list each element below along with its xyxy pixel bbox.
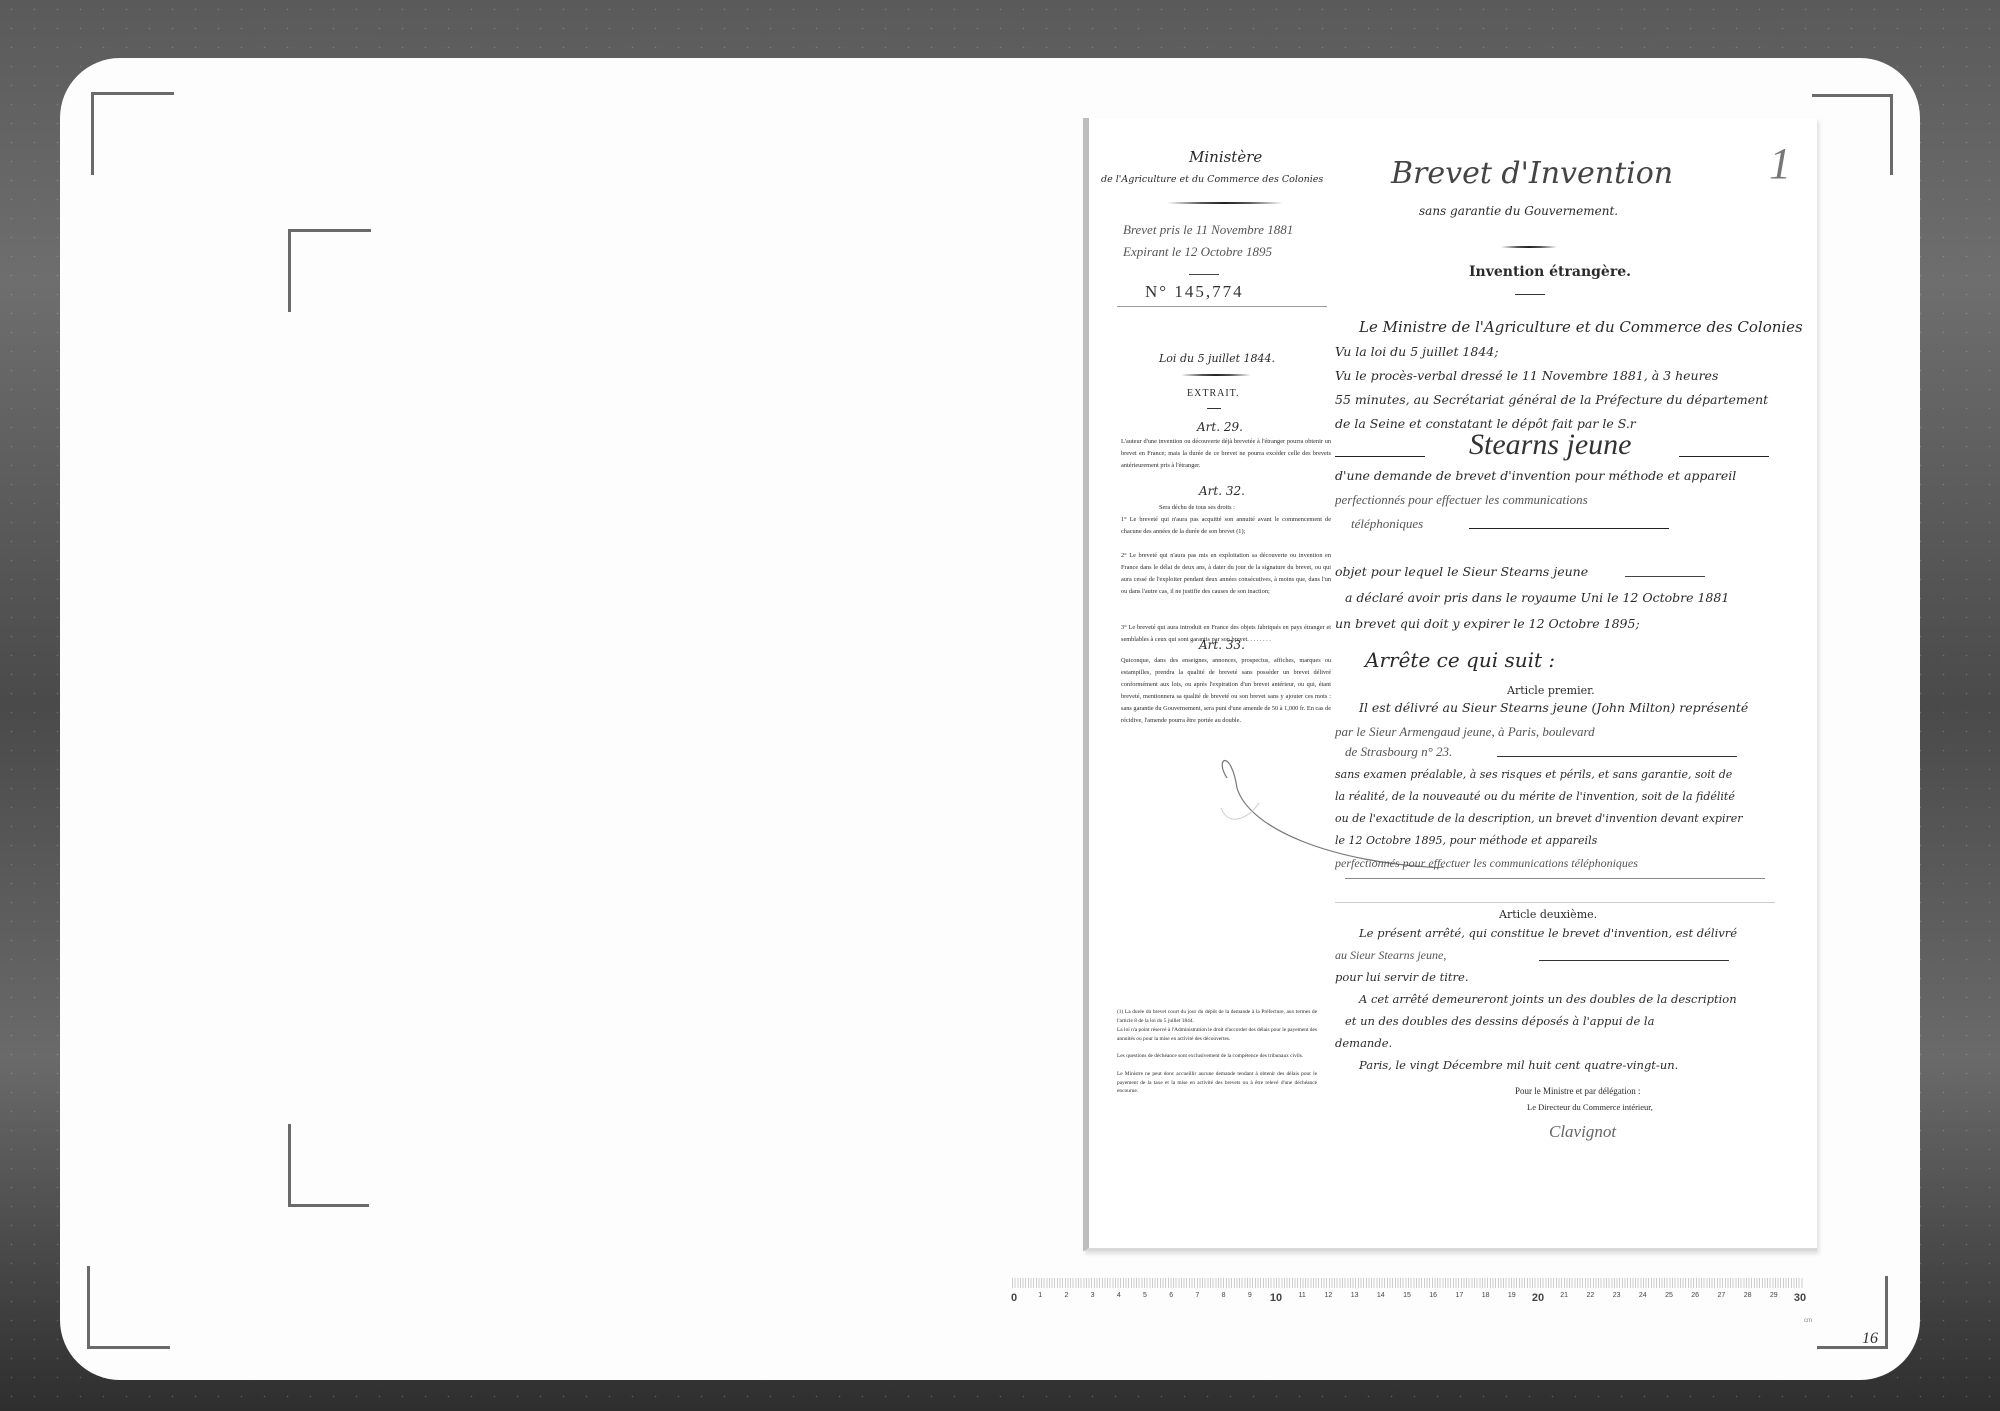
body-line-invention-2: téléphoniques [1351,516,1423,532]
ornament-divider [1167,202,1283,204]
body-line-declare: a déclaré avoir pris dans le royaume Uni… [1345,590,1729,605]
ruler-label: 0 [1011,1292,1017,1304]
crop-mark-outer-top-left [91,92,174,175]
crop-mark-inner-bottom-left [288,1124,369,1207]
body-line-demande: d'une demande de brevet d'invention pour… [1335,468,1736,483]
article-2-line-5: et un des doubles des dessins déposés à … [1345,1014,1654,1028]
ruler-label: 28 [1744,1292,1752,1299]
ruler-label: 17 [1455,1292,1463,1299]
ornament-divider [1501,246,1557,248]
invention-category: Invention étrangère. [1469,264,1631,280]
ruler-label: 29 [1770,1292,1778,1299]
ruler-label: 10 [1270,1292,1282,1304]
frame-number: 16 [1862,1330,1878,1348]
document-title: Brevet d'Invention [1391,156,1673,191]
body-line-loi: Vu la loi du 5 juillet 1844; [1335,344,1498,359]
article-2-title: Article deuxième. [1499,908,1597,921]
ruler-label: 27 [1717,1292,1725,1299]
art33-title: Art. 33. [1199,638,1245,652]
crop-mark-inner-top-left [288,229,371,312]
ruler-label: 14 [1377,1292,1385,1299]
art32-p2: 2° Le breveté qui n'aura pas mis en expl… [1121,550,1331,598]
ruler-label: 21 [1560,1292,1568,1299]
article-1-title: Article premier. [1507,684,1595,697]
article-1-line-7: le 12 Octobre 1895, pour méthode et appa… [1335,834,1597,847]
article-1-line-8: perfectionnés pour effectuer les communi… [1335,856,1638,871]
ruler-label: 18 [1482,1292,1490,1299]
section-divider [1335,902,1775,903]
ruler-label: 5 [1143,1292,1147,1299]
article-2-line-3: pour lui servir de titre. [1335,970,1469,984]
article-1-line-1: Il est délivré au Sieur Stearns jeune (J… [1359,700,1748,715]
law-title: Loi du 5 juillet 1844. [1159,352,1275,365]
ruler-label: 24 [1639,1292,1647,1299]
ministry-title: Ministère [1189,148,1262,166]
ruler-label: 15 [1403,1292,1411,1299]
ruler-label: 3 [1091,1292,1095,1299]
form-line [1469,528,1669,529]
art32-title: Art. 32. [1199,484,1245,498]
scale-ruler [1012,1278,1804,1288]
article-2-line-2: au Sieur Stearns jeune, [1335,948,1446,963]
article-2-line-1: Le présent arrêté, qui constitue le brev… [1359,926,1737,940]
art32-p1: 1° Le breveté qui n'aura pas acquitté so… [1121,514,1331,538]
footnote-4: Le Ministre ne peut donc accueillir aucu… [1117,1070,1317,1096]
ministry-subtitle: de l'Agriculture et du Commerce des Colo… [1101,174,1323,185]
ruler-label: 26 [1691,1292,1699,1299]
patent-number: N° 145,774 [1145,282,1244,302]
signature-flourish [1209,748,1449,868]
body-line-proces-verbal: Vu le procès-verbal dressé le 11 Novembr… [1335,368,1718,383]
ruler-label: 20 [1532,1292,1544,1304]
ruler-label: 25 [1665,1292,1673,1299]
article-2-line-4: A cet arrêté demeureront joints un des d… [1359,992,1737,1006]
art33-text: Quiconque, dans des enseignes, annonces,… [1121,655,1331,727]
ruler-unit: cm [1804,1318,1812,1324]
ruler-label: 11 [1299,1292,1306,1299]
ruler-label: 12 [1324,1292,1332,1299]
ruler-label: 4 [1117,1292,1121,1299]
footnote-1: (1) La durée du brevet court du jour du … [1117,1008,1317,1025]
signature: Clavignot [1549,1122,1616,1142]
body-line-ministre: Le Ministre de l'Agriculture et du Comme… [1359,318,1803,336]
footnote-3: Les questions de déchéance sont exclusiv… [1117,1052,1317,1061]
form-line [1345,878,1765,879]
article-1-line-3: de Strasbourg n° 23. [1345,744,1452,760]
body-line-expirer: un brevet qui doit y expirer le 12 Octob… [1335,616,1640,631]
art32-intro: Sera déchu de tous ses droits : [1159,502,1309,514]
article-1-line-4: sans examen préalable, à ses risques et … [1335,768,1732,781]
page-mark: 1 [1769,138,1791,189]
ruler-label: 30 [1794,1292,1806,1304]
body-line-minutes: 55 minutes, au Secrétariat général de la… [1335,392,1768,407]
crop-mark-outer-top-right [1812,94,1893,175]
brevet-date: Brevet pris le 11 Novembre 1881 [1123,222,1293,238]
ruler-label: 6 [1169,1292,1173,1299]
ruler-label: 2 [1064,1292,1068,1299]
ruler-label: 19 [1508,1292,1516,1299]
body-line-objet: objet pour lequel le Sieur Stearns jeune [1335,564,1588,579]
ruler-label: 23 [1613,1292,1621,1299]
form-line [1679,456,1769,457]
ruler-label: 8 [1222,1292,1226,1299]
signature-line-2: Le Directeur du Commerce intérieur, [1527,1102,1653,1112]
signature-line-1: Pour le Ministre et par délégation : [1515,1086,1640,1096]
divider [1189,274,1219,275]
patent-document: Ministère de l'Agriculture et du Commerc… [1083,118,1817,1251]
ruler-label: 13 [1351,1292,1359,1299]
art29-title: Art. 29. [1197,420,1243,434]
ruler-label: 16 [1429,1292,1437,1299]
divider [1515,294,1545,295]
article-1-line-6: ou de l'exactitude de la description, un… [1335,812,1743,825]
ornament-divider [1181,374,1251,376]
article-2-line-7: Paris, le vingt Décembre mil huit cent q… [1359,1058,1678,1072]
article-1-line-2: par le Sieur Armengaud jeune, à Paris, b… [1335,724,1595,740]
arrete-heading: Arrête ce qui suit : [1365,648,1555,672]
form-line [1335,456,1425,457]
extrait-heading: EXTRAIT. [1187,388,1240,399]
art29-text: L'auteur d'une invention ou découverte d… [1121,436,1331,472]
expiry-date: Expirant le 12 Octobre 1895 [1123,244,1272,260]
ruler-label: 7 [1195,1292,1199,1299]
divider [1117,306,1327,307]
ruler-label: 1 [1038,1292,1042,1299]
divider [1207,408,1221,409]
crop-mark-outer-bottom-left [87,1266,170,1349]
body-line-invention-1: perfectionnés pour effectuer les communi… [1335,492,1588,508]
form-line [1539,960,1729,961]
applicant-name: Stearns jeune [1469,428,1631,462]
footnote-2: La loi n'a point réservé à l'Administrat… [1117,1026,1317,1043]
document-subtitle: sans garantie du Gouvernement. [1419,204,1618,218]
form-line [1497,756,1737,757]
form-line [1625,576,1705,577]
ruler-label: 9 [1248,1292,1252,1299]
ruler-label: 22 [1586,1292,1594,1299]
article-1-line-5: la réalité, de la nouveauté ou du mérite… [1335,790,1735,803]
article-2-line-6: demande. [1335,1036,1392,1050]
